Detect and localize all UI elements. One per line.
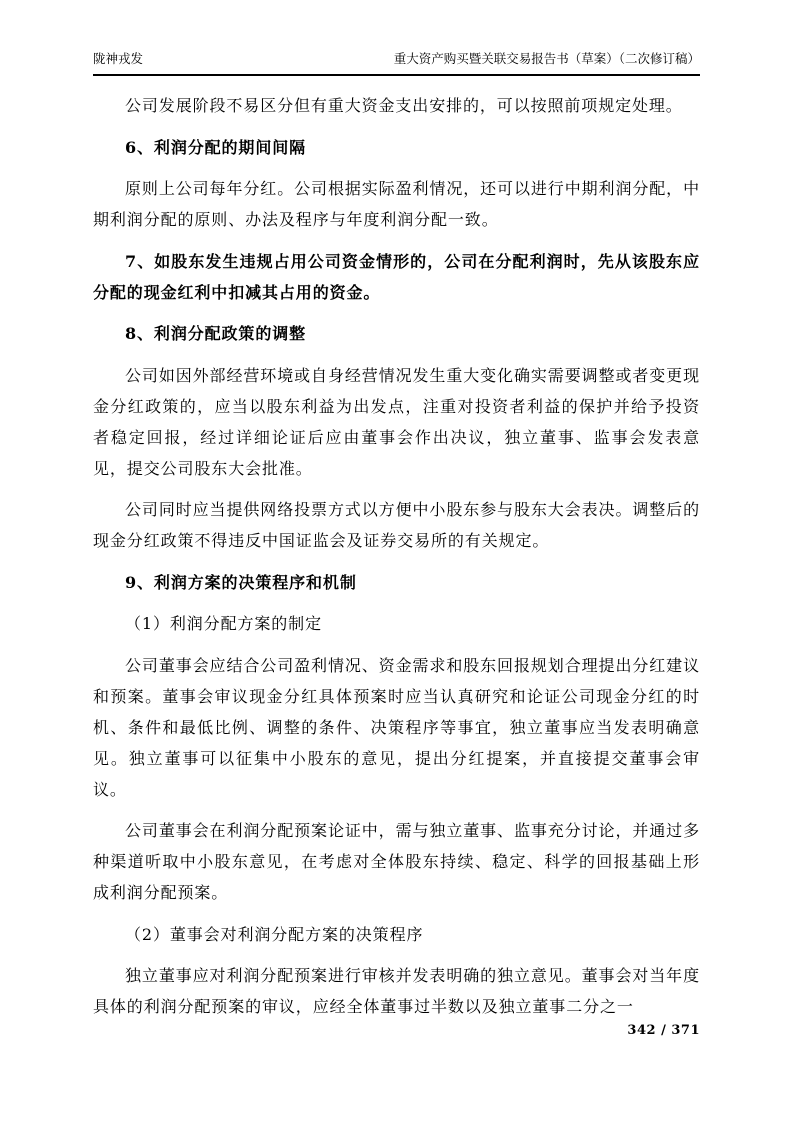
section-9-heading: 9、利润方案的决策程序和机制 [93, 567, 700, 598]
subsection-1-heading: （1）利润分配方案的制定 [93, 608, 700, 639]
intro-paragraph: 公司发展阶段不易区分但有重大资金支出安排的，可以按照前项规定处理。 [93, 90, 700, 121]
document-page: 陇神戎发 重大资产购买暨关联交易报告书（草案）（二次修订稿） 公司发展阶段不易区… [0, 0, 793, 1122]
section-7-item: 7、如股东发生违规占用公司资金情形的，公司在分配利润时，先从该股东应分配的现金红… [93, 246, 700, 308]
page-number: 342 / 371 [627, 1023, 700, 1038]
header-report-title: 重大资产购买暨关联交易报告书（草案）（二次修订稿） [394, 50, 700, 68]
section-8-heading: 8、利润分配政策的调整 [93, 318, 700, 349]
section-8-body-2: 公司同时应当提供网络投票方式以方便中小股东参与股东大会表决。调整后的现金分红政策… [93, 494, 700, 556]
document-body: 公司发展阶段不易区分但有重大资金支出安排的，可以按照前项规定处理。 6、利润分配… [93, 90, 700, 1022]
header-company-name: 陇神戎发 [93, 50, 143, 68]
subsection-1-body-1: 公司董事会应结合公司盈利情况、资金需求和股东回报规划合理提出分红建议和预案。董事… [93, 650, 700, 805]
section-6-body: 原则上公司每年分红。公司根据实际盈利情况，还可以进行中期利润分配，中期利润分配的… [93, 173, 700, 235]
page-header: 陇神戎发 重大资产购买暨关联交易报告书（草案）（二次修订稿） [93, 50, 700, 76]
section-6-heading: 6、利润分配的期间间隔 [93, 132, 700, 163]
subsection-2-heading: （2）董事会对利润分配方案的决策程序 [93, 919, 700, 950]
subsection-2-body: 独立董事应对利润分配预案进行审核并发表明确的独立意见。董事会对当年度具体的利润分… [93, 960, 700, 1022]
section-8-body-1: 公司如因外部经营环境或自身经营情况发生重大变化确实需要调整或者变更现金分红政策的… [93, 360, 700, 484]
subsection-1-body-2: 公司董事会在利润分配预案论证中，需与独立董事、监事充分讨论，并通过多种渠道听取中… [93, 815, 700, 908]
